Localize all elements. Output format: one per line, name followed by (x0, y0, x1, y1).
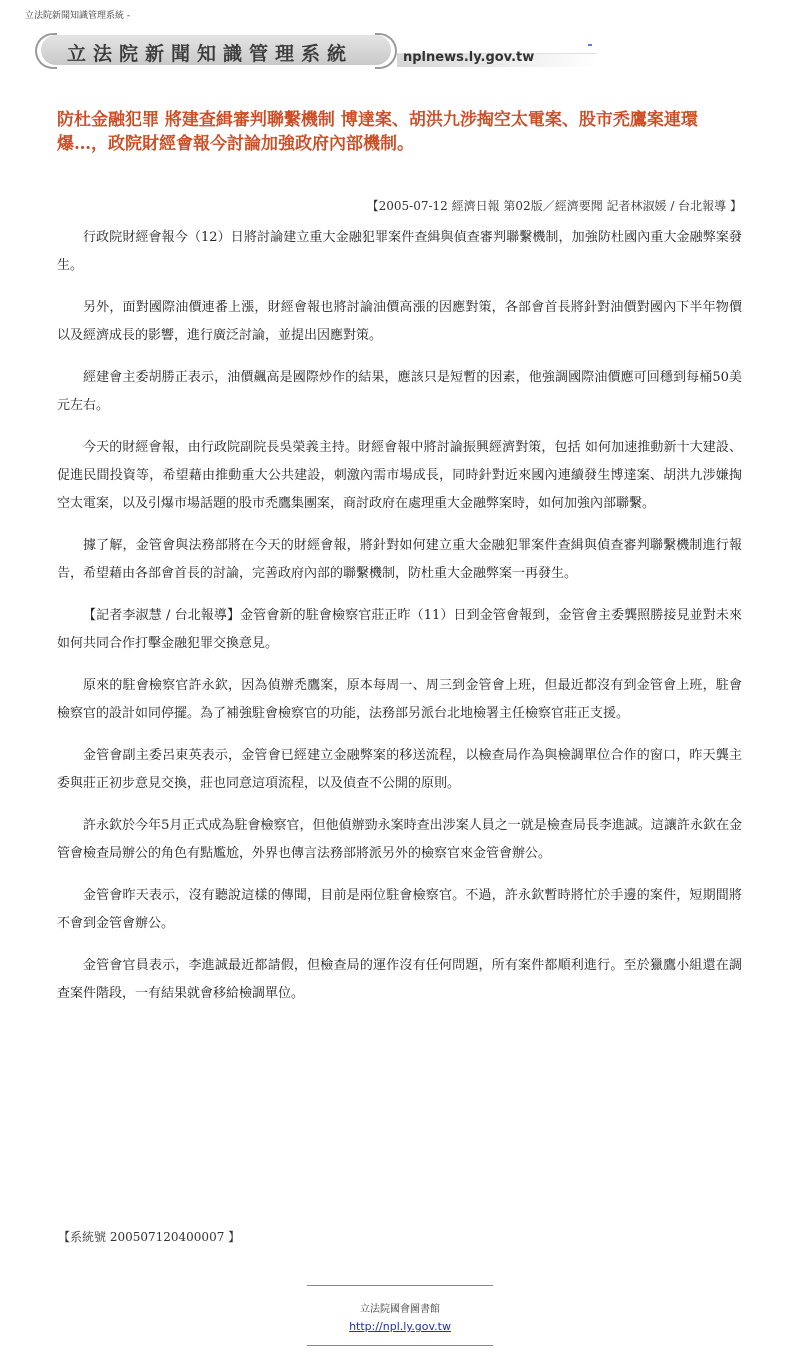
article-paragraph: 許永欽於今年5月正式成為駐會檢察官，但他偵辦勁永案時查出涉案人員之一就是檢查局長… (57, 812, 742, 868)
footer-org: 立法院國會圖書館 (307, 1300, 493, 1315)
article-paragraph: 【記者李淑慧 / 台北報導】金管會新的駐會檢察官莊正昨（11）日到金管會報到，金… (57, 602, 742, 658)
page-caption: 立法院新聞知識管理系統 - (25, 8, 130, 21)
article-paragraph: 原來的駐會檢察官許永欽，因為偵辦禿鷹案，原本每周一、周三到金管會上班，但最近都沒… (57, 672, 742, 728)
footer-link[interactable]: http://npl.ly.gov.tw (349, 1320, 451, 1333)
footer: 立法院國會圖書館 http://npl.ly.gov.tw (307, 1285, 493, 1346)
article-paragraph: 金管會昨天表示，沒有聽說這樣的傳聞，目前是兩位駐會檢察官。不過，許永欽暫時將忙於… (57, 882, 742, 938)
system-number: 【系統號 200507120400007 】 (58, 1228, 240, 1245)
article-headline: 防杜金融犯罪 將建查緝審判聯繫機制 博達案、胡洪九涉掏空太電案、股市禿鷹案連環爆… (57, 108, 737, 156)
article-byline: 【2005-07-12 經濟日報 第02版／經濟要聞 記者林淑媛 / 台北報導 … (367, 197, 742, 214)
article-paragraph: 行政院財經會報今（12）日將討論建立重大金融犯罪案件查緝與偵查審判聯繫機制，加強… (57, 224, 742, 280)
article-paragraph: 金管會官員表示，李進誠最近都請假，但檢查局的運作沒有任何問題，所有案件都順利進行… (57, 952, 742, 1008)
article-paragraph: 今天的財經會報，由行政院副院長吳榮義主持。財經會報中將討論振興經濟對策，包括 如… (57, 434, 742, 518)
article-body: 行政院財經會報今（12）日將討論建立重大金融犯罪案件查緝與偵查審判聯繫機制，加強… (57, 224, 742, 1022)
footer-divider-bottom (307, 1345, 493, 1346)
banner-title: 立法院新聞知識管理系統 (67, 39, 353, 66)
banner-url: nplnews.ly.gov.tw (403, 50, 534, 65)
article-paragraph: 據了解，金管會與法務部將在今天的財經會報，將針對如何建立重大金融犯罪案件查緝與偵… (57, 532, 742, 588)
article-paragraph: 金管會副主委呂東英表示，金管會已經建立金融弊案的移送流程，以檢查局作為與檢調單位… (57, 742, 742, 798)
footer-divider-top (307, 1285, 493, 1286)
banner-dot (588, 44, 592, 46)
article-paragraph: 另外，面對國際油價連番上漲，財經會報也將討論油價高漲的因應對策，各部會首長將針對… (57, 294, 742, 350)
site-banner: 立法院新聞知識管理系統 nplnews.ly.gov.tw (35, 33, 595, 73)
banner-arc-right (375, 33, 397, 69)
article-paragraph: 經建會主委胡勝正表示，油價飆高是國際炒作的結果，應該只是短暫的因素，他強調國際油… (57, 364, 742, 420)
banner-arc-left (35, 33, 57, 69)
